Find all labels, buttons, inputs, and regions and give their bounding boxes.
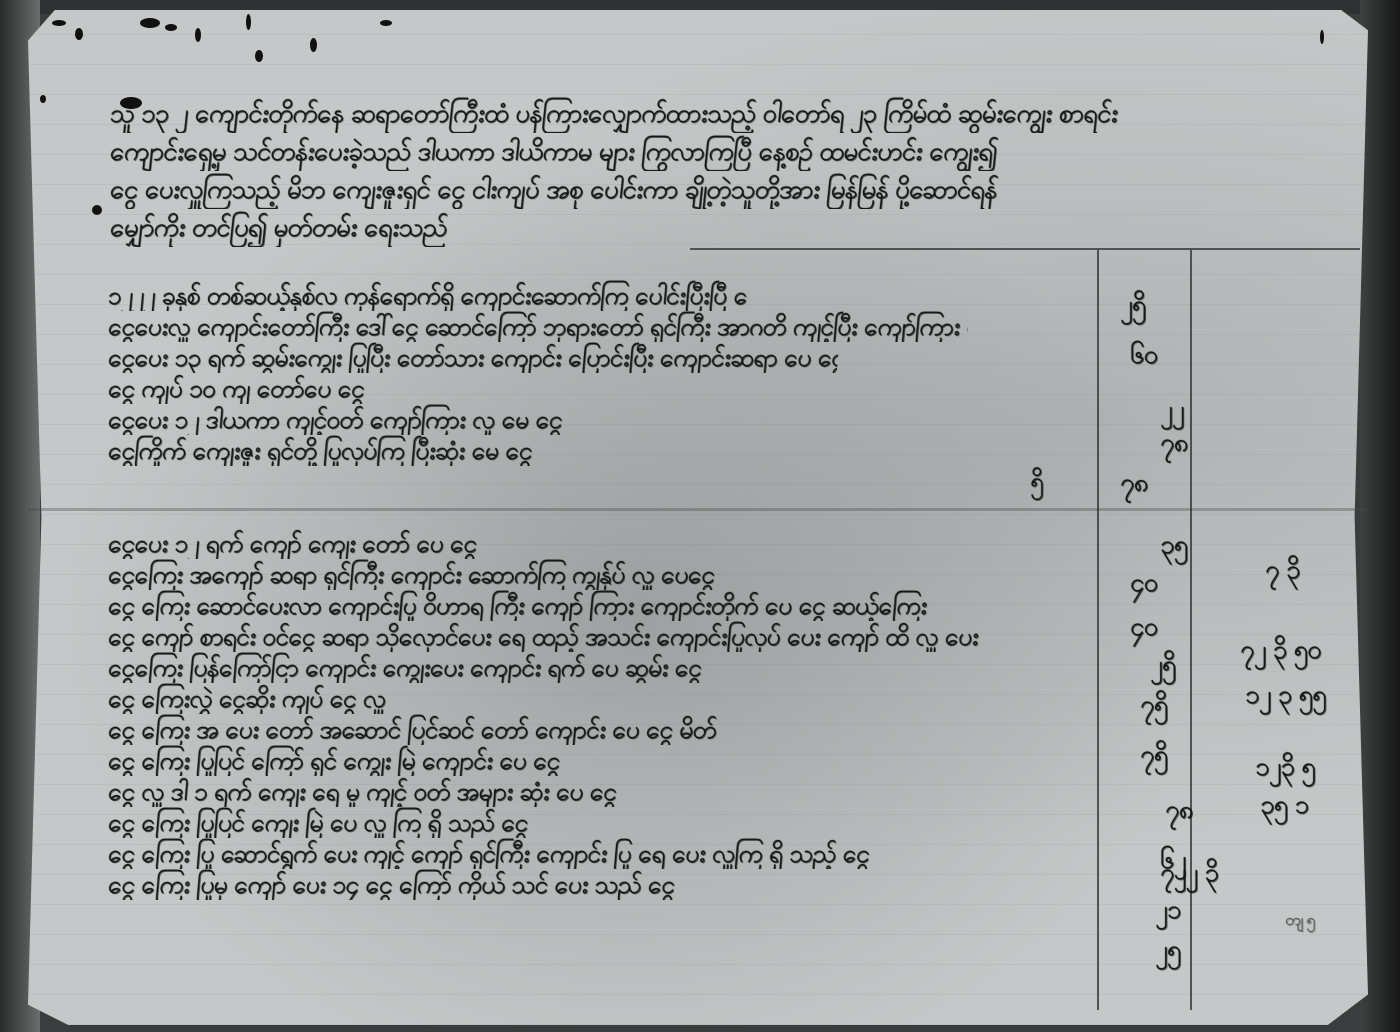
- entry-line: ငွေ လှူ ဒါ ၁ ရက် ကျေး ရေ မှု ကျင့် ဝတ် အ…: [107, 776, 720, 807]
- header-line: ကျောင်းရှေ့မှ သင်တန်းပေးခဲ့သည် ဒါယကာ ဒါယ…: [108, 133, 1332, 171]
- amount-cell: ၇၈: [1120, 468, 1147, 498]
- entry-line: ငွေ ကြေး ပြုပြင် ကျေး မြဲ ပေ လှူ ကြ ရှိ …: [107, 807, 670, 838]
- entries-block-2: ငွေပေး ၁၂ ရက် ကျော် ကျေး တော် ပေ ငွေ ငွေ…: [108, 528, 1098, 900]
- entry-line: ၁၂၂၂ ခုနှစ် တစ်ဆယ့်နှစ်လ ကုန်ရောက်ရှိ ကျ…: [107, 280, 750, 311]
- amount-cell: ၃၅: [1160, 530, 1187, 560]
- ledger-column-rule-2: [1190, 250, 1192, 1010]
- entry-line: ငွေကြိုက် ကျေးဇူး ရှင်တို့ ပြုလုပ်ကြ ပြီ…: [107, 435, 670, 466]
- entry-line: ငွေ ကြေး ပြုမှ ကျော် ပေး ၁၄ ငွေ ကြော် ကိ…: [107, 869, 960, 900]
- entry-line: ငွေ ကြေး ပြု ဆောင်ရွက် ပေး ကျင့် ကျော် ရ…: [107, 838, 990, 869]
- entry-line: ငွေ ကြေး အ ပေး တော် အဆောင် ပြင်ဆင် တော် …: [107, 714, 730, 745]
- margin-mark: ၅ိ: [1030, 465, 1043, 501]
- entry-line: ငွေကြေး ပြန်ကြော်ငြာ ကျောင်း ကျွေးပေး ကျ…: [107, 652, 750, 683]
- header-line: ငွေ ပေးလှူကြသည့် မိဘ ကျေးဇူးရှင် ငွေ ငါး…: [108, 171, 1332, 209]
- photo-background-right: [1360, 0, 1400, 1032]
- amount-cell: ၁၂ ၃ ၅၅: [1245, 680, 1326, 710]
- entry-line: ငွေပေးလှူ ကျောင်းတော်ကြီး ဒေါ်ငွေ ဆောင်က…: [107, 311, 970, 342]
- amount-cell: ၇၂ ၃ိ ၅၀: [1240, 635, 1321, 665]
- amount-cell: ၂၅ိ: [1120, 290, 1145, 320]
- amount-cell: တျ ၅: [1285, 905, 1314, 935]
- amount-cell: ၇၈: [1165, 795, 1192, 825]
- amount-cell: ၂၁: [1155, 895, 1180, 925]
- header-paragraph: သူ ၁၃ ၂ ကျောင်းတိုက်နေ ဆရာတော်ကြီးထံ ပန်…: [110, 95, 1330, 247]
- paper-fold-crease: [28, 508, 1368, 511]
- amount-cell: ၄ဝ: [1130, 568, 1157, 598]
- header-line: သူ ၁၃ ၂ ကျောင်းတိုက်နေ ဆရာတော်ကြီးထံ ပန်…: [108, 95, 1332, 133]
- amount-cell: ၄ဝ: [1130, 612, 1157, 642]
- ledger-top-rule: [690, 248, 1360, 250]
- amount-cell: ၂၅: [1155, 935, 1180, 965]
- entry-line: ငွေပေး ၁၂ ရက် ကျော် ကျေး တော် ပေ ငွေ: [107, 528, 490, 559]
- entry-line: ငွေပေး ၁၂ ဒါယကာ ကျင့်ဝတ် ကျော်ကြား လူ မေ…: [107, 404, 570, 435]
- entry-line: ငွေ ကြေး ပြုပြင် ကြော် ရှင် ကျွေး မြဲ ကျ…: [107, 745, 750, 776]
- amount-cell: ၆ဝ: [1130, 340, 1157, 370]
- amount-cell: ၂၂: [1160, 395, 1184, 425]
- entry-line: ငွေပေး ၁၃ ရက် ဆွမ်းကျွေး ပြုပြီး တော်သား…: [107, 342, 840, 373]
- amount-cell: ၂၅ိ: [1150, 650, 1175, 680]
- amount-cell: ၇ ၃ိ: [1265, 555, 1300, 585]
- entries-block-1: ၁၂၂၂ ခုနှစ် တစ်ဆယ့်နှစ်လ ကုန်ရောက်ရှိ ကျ…: [108, 280, 968, 466]
- amount-cell: ၃၅ ၁: [1260, 790, 1308, 820]
- entry-line: ငွေ ကြေး ဆောင်ပေးလာ ကျောင်းပြု ဝိဟာရ ကြီ…: [107, 590, 990, 621]
- entry-line: ငွေ ကျပ် ၁၀ ကျ တော်ပေ ငွေ: [107, 373, 370, 404]
- amount-cell: ၇၂၂ ၃ိ: [1160, 858, 1218, 888]
- entry-line: ငွေကြေး အကျော် ဆရာ ရှင်ကြီး ကျောင်း ဆောက…: [107, 559, 720, 590]
- amount-cell: ၇၅ိ: [1140, 690, 1167, 720]
- amount-cell: ၁၂၃ိ ၅: [1255, 752, 1315, 782]
- entry-line: ငွေ ကြေးလွှဲ ငွေဆိုး ကျပ် ငွေ လှူ: [107, 683, 410, 714]
- amount-cell: ၇၈: [1160, 428, 1187, 458]
- amount-cell: ၇၅ိ: [1140, 740, 1167, 770]
- entry-line: ငွေ ကျော် စာရင်း ဝင်ငွေ ဆရာ သိုလှောင်ပေး…: [107, 621, 1100, 652]
- header-line: မျှော်ကိုး တင်ပြ၍ မှတ်တမ်း ရေးသည်: [108, 209, 492, 247]
